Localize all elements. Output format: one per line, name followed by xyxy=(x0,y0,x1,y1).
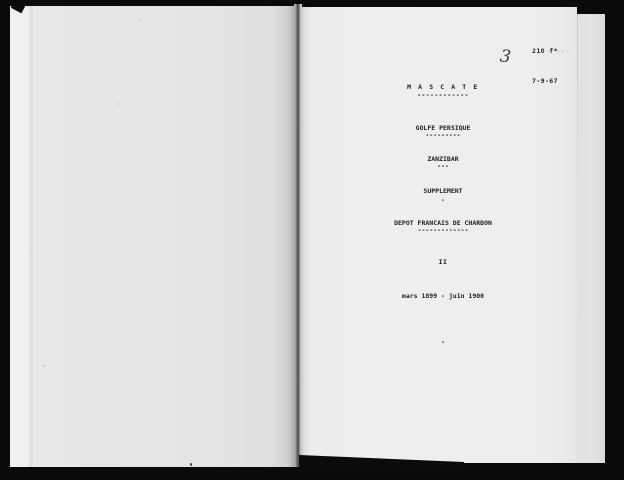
right-title-page: 210 f* 7-9-67 -- --- 3 M A S C A T E ---… xyxy=(301,7,605,463)
subtitle-supplement: SUPPLEMENT xyxy=(302,188,584,195)
title-mascate: M A S C A T E xyxy=(302,84,584,91)
faint-pencil-marks: -- --- xyxy=(542,49,571,55)
volume-numeral: II xyxy=(302,259,584,266)
dust-speck xyxy=(190,463,192,466)
film-edge-step xyxy=(577,0,608,14)
handwritten-folio-number: 3 xyxy=(499,47,512,66)
subtitle-underline: - xyxy=(302,197,584,204)
title-underline: ------------ xyxy=(302,92,584,99)
book-scan: 210 f* 7-9-67 -- --- 3 M A S C A T E ---… xyxy=(0,0,624,480)
dust-speck xyxy=(117,103,119,105)
dust-speck xyxy=(138,20,141,21)
subtitle-underline: --------- xyxy=(302,132,584,139)
subtitle-underline: --- xyxy=(302,163,584,170)
closing-dash: - xyxy=(302,339,584,346)
date-range: mars 1899 - juin 1900 xyxy=(302,293,584,300)
subtitle-underline: ------------- xyxy=(302,227,584,234)
left-page-blank xyxy=(10,6,296,467)
dust-speck xyxy=(43,365,45,367)
film-corner-notch xyxy=(11,1,25,14)
